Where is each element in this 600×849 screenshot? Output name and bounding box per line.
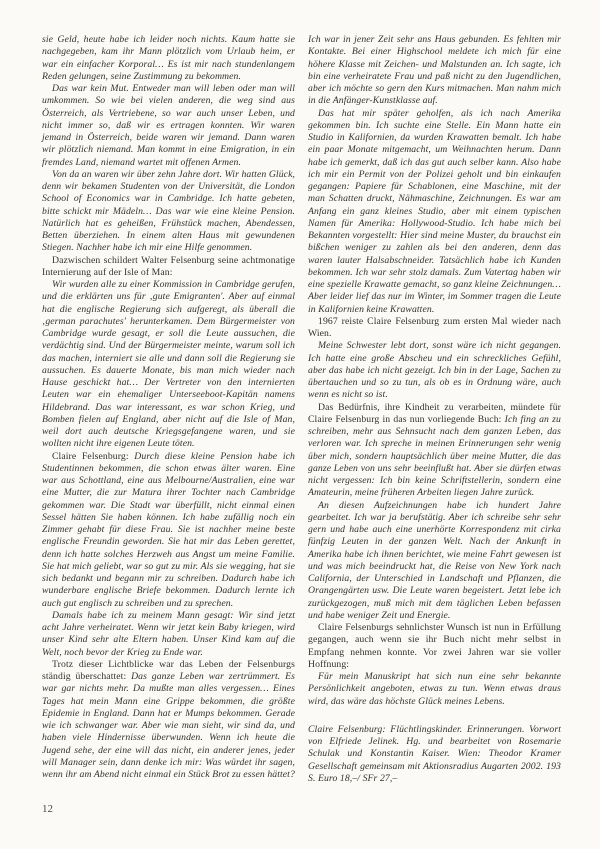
text-run: Claire Felsenburgs sehnlichster Wunsch i… bbox=[308, 622, 561, 670]
text-run: Ich fing an zu schreiben, mehr aus Sehns… bbox=[308, 414, 561, 499]
paragraph: Wir wurden alle zu einer Kommission in C… bbox=[42, 279, 295, 451]
paragraph: 1967 reiste Claire Felsenburg zum ersten… bbox=[308, 316, 561, 341]
paragraph: Trotz dieser Lichtblicke war das Leben d… bbox=[42, 659, 295, 782]
text-run: Wir wurden alle zu einer Kommission in C… bbox=[42, 279, 295, 449]
paragraph: Claire Felsenburg: Durch diese kleine Pe… bbox=[42, 451, 295, 610]
paragraph: Meine Schwester lebt dort, sonst wäre ic… bbox=[308, 340, 561, 401]
text-run: Meine Schwester lebt dort, sonst wäre ic… bbox=[308, 340, 561, 400]
text-run: Dazwischen schildert Walter Felsenburg s… bbox=[42, 255, 295, 278]
paragraph: Ich war in jener Zeit sehr ans Haus gebu… bbox=[308, 34, 561, 108]
paragraph: sie Geld, heute habe ich leider noch nic… bbox=[42, 34, 295, 83]
text-run: Von da an waren wir über zehn Jahre dort… bbox=[42, 169, 295, 254]
paragraph: Damals habe ich zu meinem Mann gesagt: W… bbox=[42, 610, 295, 659]
book-page: sie Geld, heute habe ich leider noch nic… bbox=[0, 0, 600, 849]
right-column: Ich war in jener Zeit sehr ans Haus gebu… bbox=[308, 34, 561, 785]
paragraph: Das war kein Mut. Entweder man will lebe… bbox=[42, 83, 295, 169]
paragraph: Dazwischen schildert Walter Felsenburg s… bbox=[42, 255, 295, 280]
paragraph: Das Bedürfnis, ihre Kindheit zu verarbei… bbox=[308, 402, 561, 500]
text-run: Für mein Manuskript hat sich nun eine se… bbox=[308, 671, 561, 707]
text-run: 1967 reiste Claire Felsenburg zum ersten… bbox=[308, 316, 561, 339]
paragraph: Für mein Manuskript hat sich nun eine se… bbox=[308, 671, 561, 708]
page-number: 12 bbox=[42, 803, 53, 815]
text-columns: sie Geld, heute habe ich leider noch nic… bbox=[42, 34, 561, 785]
text-run: Ich war in jener Zeit sehr ans Haus gebu… bbox=[308, 34, 561, 106]
paragraph: An diesen Aufzeichnungen habe ich hunder… bbox=[308, 500, 561, 623]
text-run: Claire Felsenburg: Flüchtlingskinder. Er… bbox=[308, 724, 561, 784]
paragraph: Claire Felsenburgs sehnlichster Wunsch i… bbox=[308, 622, 561, 671]
paragraph: Von da an waren wir über zehn Jahre dort… bbox=[42, 169, 295, 255]
paragraph: Das hat mir später geholfen, als ich nac… bbox=[308, 108, 561, 316]
text-run: Das war kein Mut. Entweder man will lebe… bbox=[42, 83, 295, 168]
text-run: sie Geld, heute habe ich leider noch nic… bbox=[42, 34, 295, 82]
text-run: Das ganze Leben war zertrümmert. Es war … bbox=[42, 671, 295, 780]
text-run: Das hat mir später geholfen, als ich nac… bbox=[308, 108, 561, 315]
text-run: Durch diese kleine Pension habe ich Stud… bbox=[42, 451, 295, 609]
text-run: An diesen Aufzeichnungen habe ich hunder… bbox=[308, 500, 561, 621]
text-run: Claire Felsenburg: bbox=[52, 451, 134, 462]
left-column: sie Geld, heute habe ich leider noch nic… bbox=[42, 34, 295, 785]
paragraph: Claire Felsenburg: Flüchtlingskinder. Er… bbox=[308, 724, 561, 785]
text-run: Damals habe ich zu meinem Mann gesagt: W… bbox=[42, 610, 295, 658]
